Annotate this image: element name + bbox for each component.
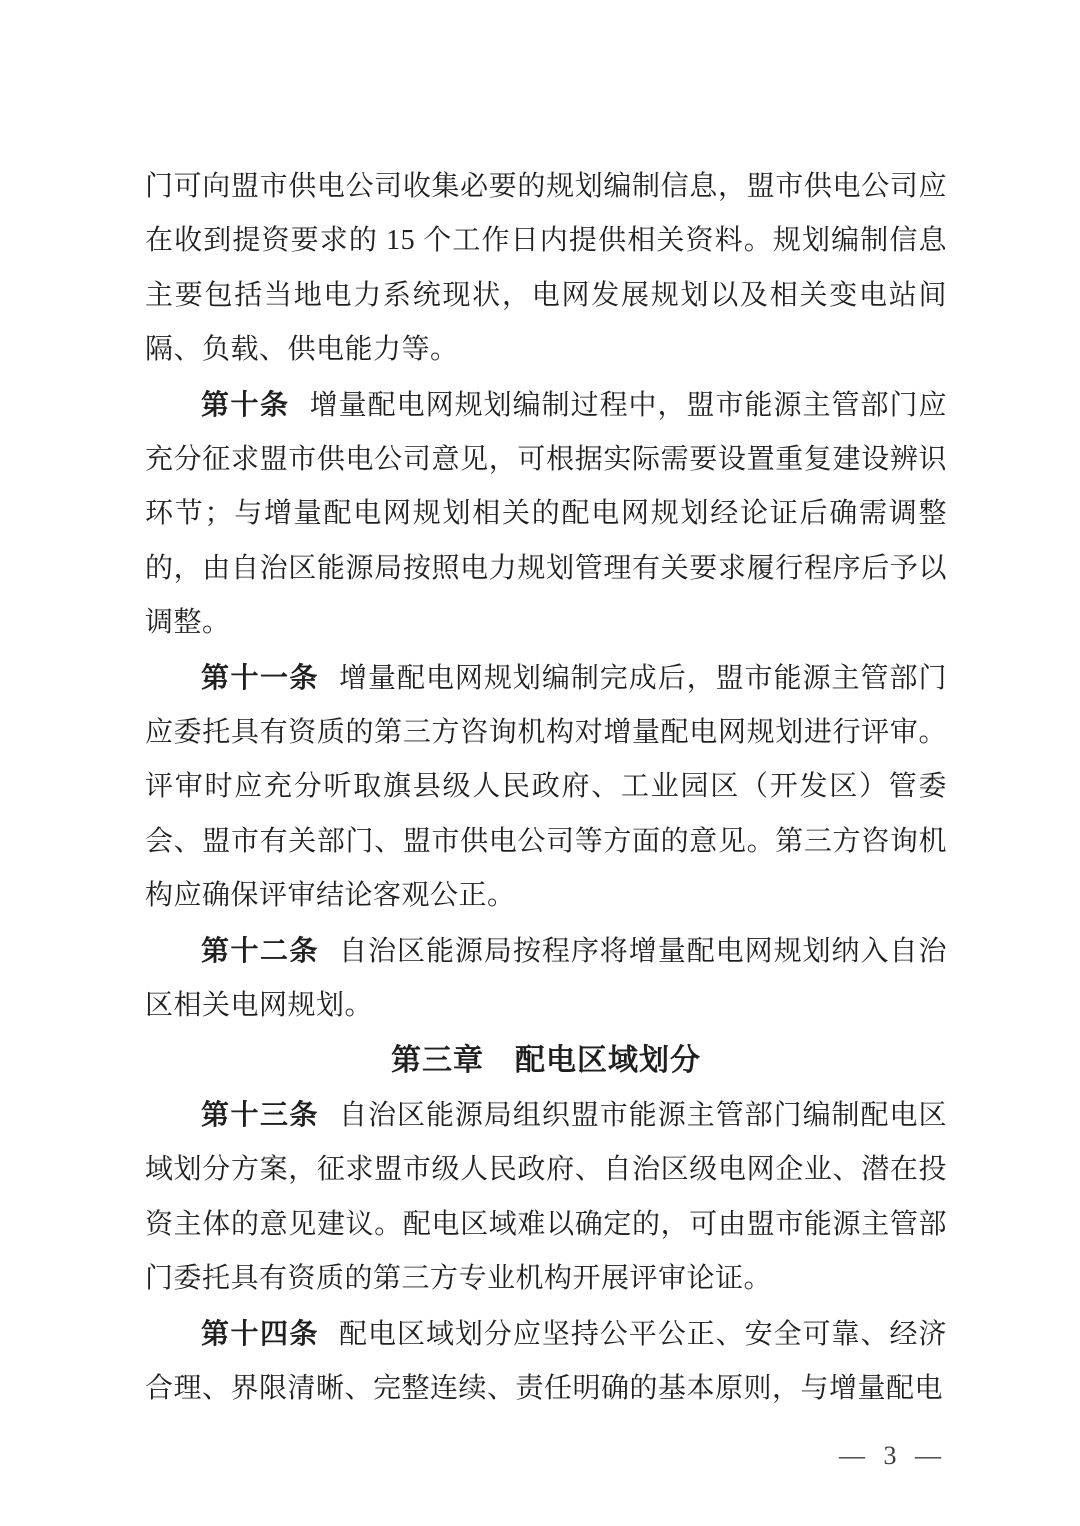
paragraph-text: 增量配电网规划编制完成后，盟市能源主管部门应委托具有资质的第三方咨询机构对增量配…: [145, 663, 947, 912]
article-13-number: 第十三条: [201, 1099, 319, 1130]
paragraph-article-11: 第十一条增量配电网规划编制完成后，盟市能源主管部门应委托具有资质的第三方咨询机构…: [145, 651, 947, 924]
article-11-number: 第十一条: [201, 662, 319, 693]
paragraph-article-10: 第十条增量配电网规划编制过程中，盟市能源主管部门应充分征求盟市供电公司意见，可根…: [145, 378, 947, 651]
paragraph-article-14: 第十四条配电区域划分应坚持公平公正、安全可靠、经济合理、界限清晰、完整连续、责任…: [145, 1307, 947, 1417]
document-page: 门可向盟市供电公司收集必要的规划编制信息，盟市供电公司应在收到提资要求的 15 …: [0, 0, 1080, 1526]
paragraph-text: 门可向盟市供电公司收集必要的规划编制信息，盟市供电公司应在收到提资要求的 15 …: [145, 171, 947, 365]
article-14-number: 第十四条: [201, 1318, 319, 1349]
paragraph-text: 增量配电网规划编制过程中，盟市能源主管部门应充分征求盟市供电公司意见，可根据实际…: [145, 390, 947, 639]
paragraph-continuation: 门可向盟市供电公司收集必要的规划编制信息，盟市供电公司应在收到提资要求的 15 …: [145, 160, 947, 378]
paragraph-article-13: 第十三条自治区能源局组织盟市能源主管部门编制配电区域划分方案，征求盟市级人民政府…: [145, 1088, 947, 1307]
paragraph-article-12: 第十二条自治区能源局按程序将增量配电网规划纳入自治区相关电网规划。: [145, 924, 947, 1034]
article-10-number: 第十条: [201, 389, 289, 420]
page-number: — 3 —: [839, 1440, 947, 1472]
document-body: 门可向盟市供电公司收集必要的规划编制信息，盟市供电公司应在收到提资要求的 15 …: [145, 160, 947, 1416]
article-12-number: 第十二条: [201, 935, 319, 966]
chapter-3-heading: 第三章 配电区域划分: [145, 1034, 947, 1088]
